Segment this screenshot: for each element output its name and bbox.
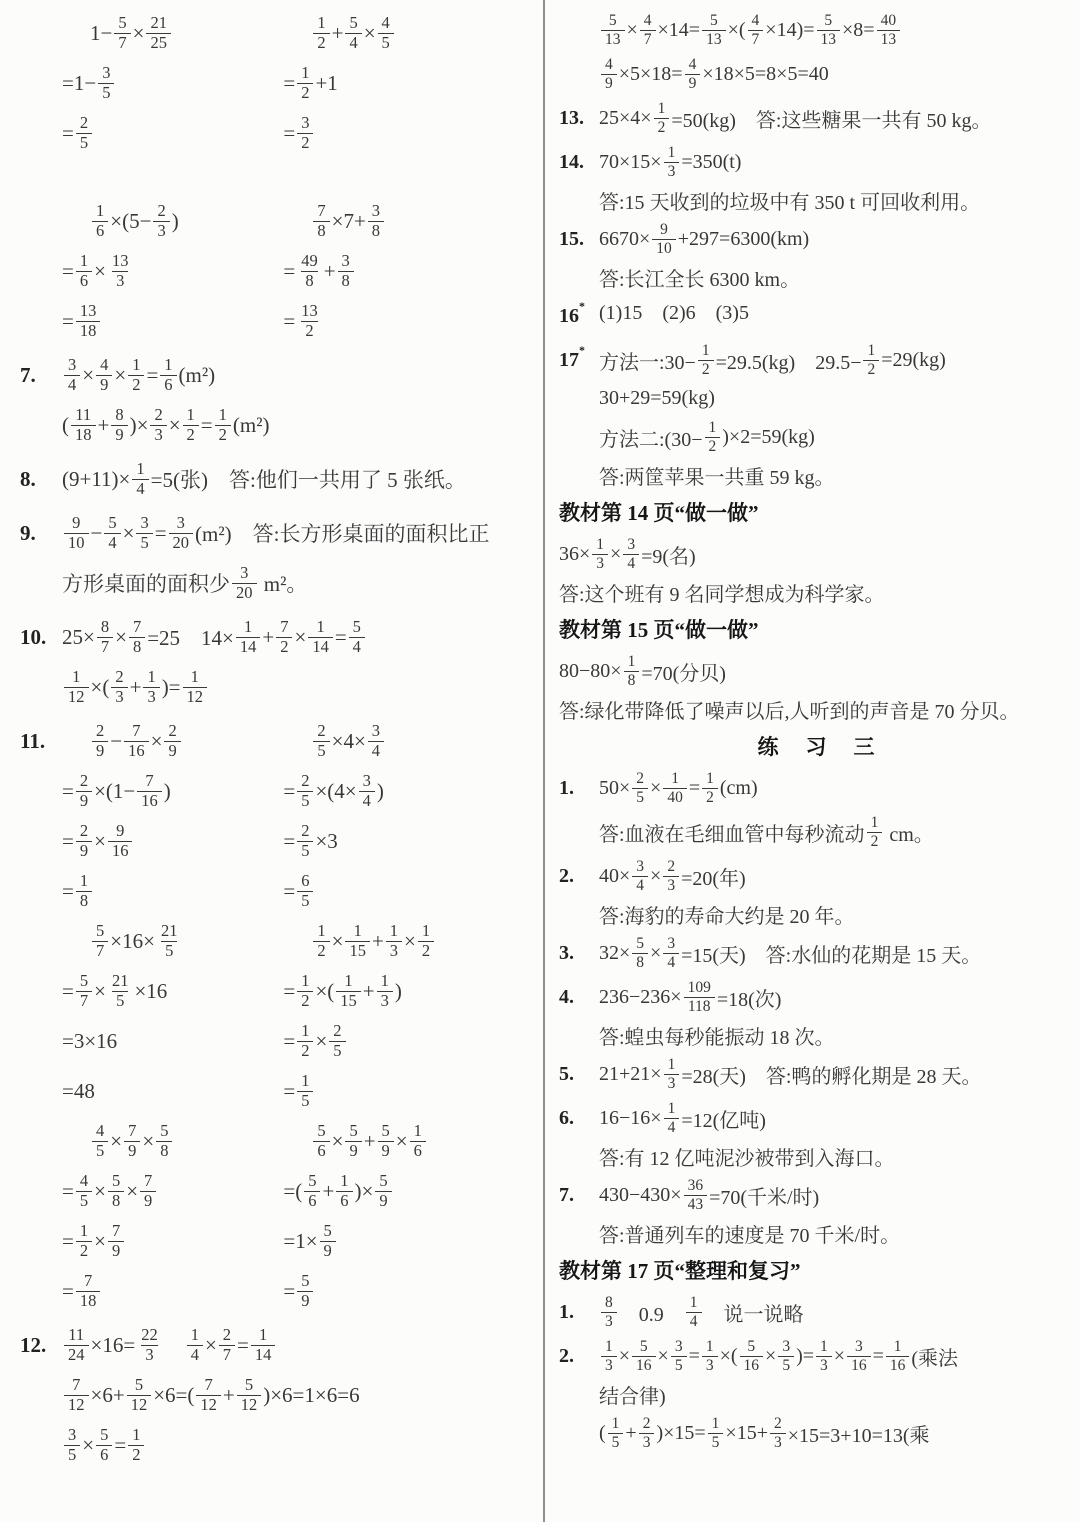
- problem-number: 11.: [20, 716, 62, 766]
- problem-body: 70×15×13=350(t)答:15 天收到的垃圾中有 350 t 可回收利用…: [599, 140, 1076, 217]
- problem-body: 50×25×140=12(cm)答:血液在毛细血管中每秒流动12 cm。: [599, 766, 1076, 854]
- fraction: 29: [92, 722, 108, 760]
- fraction: 13: [377, 972, 393, 1010]
- denominator: 14: [236, 637, 261, 656]
- denominator: 3: [143, 687, 159, 706]
- fraction: 12: [297, 972, 313, 1010]
- denominator: 2: [702, 788, 718, 806]
- math-line: =18: [62, 866, 283, 916]
- fraction: 12: [863, 342, 879, 378]
- math-text: =70(分贝): [641, 657, 726, 686]
- numerator: 4: [378, 14, 394, 32]
- fraction: 47: [748, 12, 764, 48]
- math-line: 45×79×58: [62, 1116, 283, 1166]
- fraction: 133: [108, 252, 133, 290]
- numerator: 4: [685, 56, 701, 73]
- denominator: 5: [632, 788, 648, 806]
- problem-number: 9.: [20, 508, 62, 558]
- denominator: 13: [601, 30, 625, 48]
- math-text: ×7+: [332, 209, 366, 234]
- denominator: 3: [150, 425, 166, 444]
- math-line: 答:绿化带降低了噪声以后,人听到的声音是 70 分贝。: [559, 693, 1076, 726]
- denominator: 8: [632, 953, 648, 971]
- numerator: 7: [141, 772, 157, 790]
- denominator: 2: [863, 360, 879, 378]
- fraction: 14: [132, 460, 148, 498]
- math-line: =12×(115+13): [283, 966, 533, 1016]
- fraction: 320: [232, 564, 257, 602]
- numerator: 49: [297, 252, 322, 270]
- denominator: 2: [215, 425, 231, 444]
- fraction: 140: [663, 770, 687, 806]
- math-text: ): [377, 779, 384, 804]
- fraction: 12: [867, 814, 883, 850]
- math-line: 答:长江全长 6300 km。: [599, 261, 1076, 294]
- denominator: 20: [232, 583, 257, 602]
- math-text: +: [372, 929, 384, 954]
- fraction: 12: [705, 419, 721, 455]
- denominator: 40: [663, 788, 687, 806]
- math-text: 方形桌面的面积少: [62, 568, 230, 598]
- problem-body: 34×49×12=16(m²)(1118+89)×23×12=12(m²): [62, 350, 533, 450]
- math-text: ×(5−: [110, 209, 151, 234]
- math-text: 6670×: [599, 228, 650, 251]
- fraction: 57: [92, 922, 108, 960]
- problem-body: 13×516×35=13×(516×35)=13×316=116(乘法结合律)(…: [599, 1334, 1076, 1455]
- fraction: 910: [652, 221, 676, 257]
- problem-number: 10.: [20, 612, 62, 662]
- denominator: 16: [740, 1356, 764, 1374]
- problem-number: 2.: [559, 1334, 599, 1378]
- numerator: 2: [663, 858, 679, 875]
- math-line: =48: [62, 1066, 283, 1116]
- math-line: 236−236×109118=18(次): [599, 975, 1076, 1019]
- denominator: 4: [368, 741, 384, 760]
- numerator: 3: [359, 772, 375, 790]
- math-text: 说一说略: [704, 1298, 804, 1327]
- math-text: =20(年): [681, 862, 746, 891]
- fraction: 513: [601, 12, 625, 48]
- fraction: 4013: [877, 12, 901, 48]
- denominator: 6: [76, 271, 92, 290]
- math-text: =29.5(kg) 29.5−: [716, 346, 862, 375]
- math-line: 答:血液在毛细血管中每秒流动12 cm。: [599, 810, 1076, 854]
- denominator: 5: [608, 1433, 624, 1451]
- fraction: 112: [64, 668, 89, 706]
- denominator: 18: [76, 1291, 101, 1310]
- denominator: 4: [104, 533, 120, 552]
- math-text: ): [395, 979, 402, 1004]
- math-line: 结合律): [599, 1378, 1076, 1411]
- math-line: =32: [283, 108, 533, 158]
- denominator: 3: [664, 1074, 680, 1092]
- math-text: =: [283, 259, 295, 284]
- fraction: 223: [137, 1326, 162, 1364]
- fraction: 35: [98, 64, 114, 102]
- numerator: 1: [92, 202, 108, 220]
- section-heading: 教材第 15 页“做一做”: [559, 609, 1076, 649]
- fraction: 34: [368, 722, 384, 760]
- denominator: 7: [114, 33, 130, 52]
- fraction: 13: [386, 922, 402, 960]
- fraction: 712: [196, 1376, 221, 1414]
- denominator: 12: [183, 687, 208, 706]
- fraction: 114: [236, 618, 261, 656]
- math-line: 80−80×18=70(分贝): [559, 649, 1076, 693]
- fraction: 12: [654, 100, 670, 136]
- numerator: 2: [164, 722, 180, 740]
- fraction: 23: [111, 668, 127, 706]
- math-line: =65: [283, 866, 533, 916]
- fraction: 59: [297, 1272, 313, 1310]
- fraction: 3643: [684, 1177, 708, 1213]
- numerator: 2: [76, 772, 92, 790]
- fraction: 12: [128, 356, 144, 394]
- numerator: 4: [640, 12, 656, 29]
- fraction: 65: [297, 872, 313, 910]
- work-column: 45×79×58=45×58×79=12×79=718: [62, 1116, 283, 1316]
- math-text: 13.: [559, 107, 584, 130]
- fraction: 35: [136, 514, 152, 552]
- fraction: 18: [624, 653, 640, 689]
- math-text: 结合律): [599, 1380, 666, 1409]
- fraction: 16: [76, 252, 92, 290]
- denominator: 5: [671, 1356, 687, 1374]
- math-line: 方法一:30−12=29.5(kg) 29.5−12=29(kg): [599, 338, 1076, 382]
- work-block: 16×(5−23)=16×133=131878×7+38=498+38=132: [20, 196, 533, 346]
- numerator: 1: [160, 356, 176, 374]
- numerator: 2: [313, 722, 329, 740]
- numerator: 1: [708, 1415, 724, 1432]
- numerator: 2: [92, 722, 108, 740]
- problem-number: 16*: [559, 294, 599, 338]
- math-text: =: [237, 1333, 249, 1358]
- math-text: ×: [205, 1333, 217, 1358]
- numerator: 5: [104, 514, 120, 532]
- numerator: 1: [187, 668, 203, 686]
- math-text: 11.: [20, 729, 45, 754]
- numerator: 1: [592, 536, 608, 553]
- denominator: 4: [132, 479, 148, 498]
- fraction: 59: [320, 1222, 336, 1260]
- math-text: =: [62, 829, 74, 854]
- math-line: 答:15 天收到的垃圾中有 350 t 可回收利用。: [599, 184, 1076, 217]
- math-text: 答:蝗虫每秒能振动 18 次。: [599, 1021, 835, 1050]
- fraction: 79: [140, 1172, 156, 1210]
- fraction: 58: [632, 935, 648, 971]
- denominator: 2: [128, 375, 144, 394]
- numerator: 2: [297, 772, 313, 790]
- math-text: ×: [765, 1345, 776, 1368]
- numerator: 2: [632, 770, 648, 787]
- numerator: 2: [153, 202, 169, 220]
- math-text: 9.: [20, 521, 36, 546]
- math-text: 答:绿化带降低了噪声以后,人听到的声音是 70 分贝。: [559, 695, 1020, 724]
- problem-number: 3.: [559, 931, 599, 975]
- math-text: =48: [62, 1079, 95, 1104]
- plain-block: 513×47×14=513×(47×14)=513×8=401349×5×18=…: [559, 8, 1076, 96]
- problem-item: 1.50×25×140=12(cm)答:血液在毛细血管中每秒流动12 cm。: [559, 766, 1076, 854]
- numerator: 1: [297, 972, 313, 990]
- math-text: =: [114, 1433, 126, 1458]
- denominator: 12: [127, 1395, 152, 1414]
- work-column: 57×16×215=57×215×16=3×16=48: [62, 916, 283, 1116]
- math-text: ×: [364, 21, 376, 46]
- fraction: 320: [169, 514, 194, 552]
- denominator: 3: [601, 1356, 617, 1374]
- math-text: =: [62, 1279, 74, 1304]
- numerator: 3: [632, 858, 648, 875]
- numerator: 5: [743, 1338, 759, 1355]
- math-text: 50×: [599, 777, 630, 800]
- numerator: 1: [890, 1338, 906, 1355]
- denominator: 5: [76, 133, 92, 152]
- math-text: =(: [283, 1179, 302, 1204]
- fraction: 112: [183, 668, 208, 706]
- fraction: 16: [410, 1122, 426, 1160]
- math-text: =70(千米/时): [709, 1181, 819, 1210]
- numerator: 1: [132, 460, 148, 478]
- numerator: 8: [601, 1294, 617, 1311]
- denominator: 6: [304, 1191, 320, 1210]
- math-line: (15+23)×15=15×15+23×15=3+10=13(乘: [599, 1411, 1076, 1455]
- problem-number: 8.: [20, 454, 62, 504]
- numerator: 6: [297, 872, 313, 890]
- problem-item: 15.6670×910+297=6300(km)答:长江全长 6300 km。: [559, 217, 1076, 294]
- math-text: 21+21×: [599, 1063, 662, 1086]
- math-text: =: [155, 521, 167, 546]
- math-line: 910−54×35=320(m²) 答:长方形桌面的面积比正: [62, 508, 533, 558]
- numerator: 1: [336, 1172, 352, 1190]
- numerator: 1: [705, 419, 721, 436]
- problem-number: 13.: [559, 96, 599, 140]
- math-text: ×6=(: [153, 1383, 194, 1408]
- fraction: 12: [183, 406, 199, 444]
- math-text: )=: [796, 1345, 814, 1368]
- problem-number: 14.: [559, 140, 599, 184]
- numerator: 1: [240, 618, 256, 636]
- denominator: 16: [137, 791, 162, 810]
- math-text: ): [164, 779, 171, 804]
- work-column: 25×4×34=25×(4×34)=25×3=65: [283, 716, 533, 916]
- numerator: 1: [686, 1294, 702, 1311]
- denominator: 5: [112, 991, 128, 1010]
- fraction: 215: [108, 972, 133, 1010]
- math-text: ×: [650, 777, 661, 800]
- denominator: 9: [164, 741, 180, 760]
- math-text: ×: [94, 829, 106, 854]
- numerator: 2: [297, 822, 313, 840]
- denominator: 2: [867, 832, 883, 850]
- math-text: ): [172, 209, 179, 234]
- math-line: =45×58×79: [62, 1166, 283, 1216]
- denominator: 12: [64, 687, 89, 706]
- denominator: 5: [778, 1356, 794, 1374]
- numerator: 1: [128, 1426, 144, 1444]
- math-text: 1−: [90, 21, 112, 46]
- problem-body: 430−430×3643=70(千米/时)答:普通列车的速度是 70 千米/时。: [599, 1173, 1076, 1250]
- numerator: 1: [608, 1415, 624, 1432]
- math-text: 70×15×: [599, 151, 662, 174]
- math-text: cm。: [884, 818, 933, 847]
- math-line: (9+11)×14=5(张) 答:他们一共用了 5 张纸。: [62, 454, 533, 504]
- numerator: 5: [96, 1426, 112, 1444]
- fraction: 34: [632, 858, 648, 894]
- math-text: 6.: [559, 1107, 574, 1130]
- math-text: =9(名): [641, 540, 696, 569]
- fraction: 34: [64, 356, 80, 394]
- problem-item: 17*方法一:30−12=29.5(kg) 29.5−12=29(kg)30+2…: [559, 338, 1076, 492]
- denominator: 9: [124, 1141, 140, 1160]
- problem-body: 910−54×35=320(m²) 答:长方形桌面的面积比正方形桌面的面积少32…: [62, 508, 533, 608]
- problem-body: 方法一:30−12=29.5(kg) 29.5−12=29(kg)30+29=5…: [599, 338, 1076, 492]
- fraction: 12: [297, 64, 313, 102]
- fraction: 45: [92, 1122, 108, 1160]
- problem-body: 236−236×109118=18(次)答:蝗虫每秒能振动 18 次。: [599, 975, 1076, 1052]
- denominator: 2: [76, 1241, 92, 1260]
- math-text: 7.: [20, 363, 36, 388]
- fraction: 32: [297, 114, 313, 152]
- math-line: =1318: [62, 296, 283, 346]
- math-text: =: [146, 363, 158, 388]
- math-line: =12×25: [283, 1016, 533, 1066]
- numerator: 1: [128, 356, 144, 374]
- math-line: =498+38: [283, 246, 533, 296]
- fraction: 34: [623, 536, 639, 572]
- numerator: 7: [129, 618, 145, 636]
- math-text: ×: [94, 979, 106, 1004]
- math-text: 7.: [559, 1184, 574, 1207]
- math-text: (m²): [179, 363, 216, 388]
- math-line: =132: [283, 296, 533, 346]
- denominator: 3: [702, 1356, 718, 1374]
- numerator: 21: [157, 922, 182, 940]
- fraction: 910: [64, 514, 89, 552]
- math-text: =25 14×: [147, 622, 234, 652]
- math-text: ×8=: [842, 19, 875, 42]
- numerator: 1: [313, 922, 329, 940]
- math-line: =59: [283, 1266, 533, 1316]
- work-pair: 57×16×215=57×215×16=3×16=4812×115+13×12=…: [62, 916, 533, 1116]
- denominator: 3: [386, 941, 402, 960]
- math-text: =: [62, 779, 74, 804]
- denominator: 3: [770, 1433, 786, 1451]
- numerator: 1: [313, 14, 329, 32]
- problem-body: 29−716×29=29×(1−716)=29×916=1825×4×34=25…: [62, 716, 533, 1316]
- denominator: 7: [97, 637, 113, 656]
- denominator: 2: [654, 118, 670, 136]
- denominator: 4: [686, 1312, 702, 1330]
- numerator: 9: [68, 514, 84, 532]
- denominator: 2: [301, 321, 317, 340]
- denominator: 15: [345, 941, 370, 960]
- fraction: 38: [338, 252, 354, 290]
- section-heading: 练 习 三: [559, 726, 1076, 766]
- work-column: 56×59+59×16=(56+16)×59=1×59=59: [283, 1116, 533, 1316]
- denominator: 8: [368, 221, 384, 240]
- math-text: 32×: [599, 942, 630, 965]
- numerator: 1: [350, 922, 366, 940]
- math-line: 32×58×34=15(天) 答:水仙的花期是 15 天。: [599, 931, 1076, 975]
- math-text: ×(: [720, 1345, 738, 1368]
- denominator: 16: [108, 841, 133, 860]
- math-text: =: [283, 71, 295, 96]
- math-text: (: [62, 413, 69, 438]
- denominator: 2: [418, 941, 434, 960]
- math-text: =: [62, 121, 74, 146]
- numerator: 4: [748, 12, 764, 29]
- fraction: 215: [157, 922, 182, 960]
- numerator: 5: [108, 1172, 124, 1190]
- math-text: =: [283, 121, 295, 146]
- math-line: 1124×16=223 14×27=114: [62, 1320, 533, 1370]
- math-text: 答:这个班有 9 名同学想成为科学家。: [559, 578, 885, 607]
- heading-text: 练 习 三: [758, 731, 878, 761]
- fraction: 716: [124, 722, 149, 760]
- denominator: 3: [592, 554, 608, 572]
- numerator: 5: [345, 1122, 361, 1140]
- problem-number: 1.: [559, 1290, 599, 1334]
- numerator: 3: [64, 356, 80, 374]
- numerator: 1: [601, 1338, 617, 1355]
- math-text: ×15=3+10=13(乘: [788, 1419, 930, 1448]
- denominator: 9: [92, 741, 108, 760]
- math-text: =: [283, 1029, 295, 1054]
- math-line: 21+21×13=28(天) 答:鸭的孵化期是 28 天。: [599, 1052, 1076, 1096]
- denominator: 5: [297, 841, 313, 860]
- denominator: 9: [76, 841, 92, 860]
- math-line: 6670×910+297=6300(km): [599, 217, 1076, 261]
- denominator: 13: [877, 30, 901, 48]
- math-line: 70×15×13=350(t): [599, 140, 1076, 184]
- math-text: =29(kg): [881, 349, 946, 372]
- left-column: 1−57×2125=1−35=2512+54×45=12+1=3216×(5−2…: [0, 0, 545, 1522]
- fraction: 1118: [71, 406, 96, 444]
- math-text: 3.: [559, 942, 574, 965]
- denominator: 2: [297, 991, 313, 1010]
- math-line: 36×13×34=9(名): [559, 532, 1076, 576]
- math-text: 答:长江全长 6300 km。: [599, 263, 800, 292]
- math-text: =: [283, 829, 295, 854]
- math-text: (乘法: [911, 1342, 958, 1371]
- math-text: 40×: [599, 865, 630, 888]
- work-block: 1−57×2125=1−35=2512+54×45=12+1=32: [20, 8, 533, 158]
- denominator: 14: [308, 637, 333, 656]
- denominator: 16: [124, 741, 149, 760]
- math-text: =18(次): [717, 983, 782, 1012]
- fraction: 12: [313, 922, 329, 960]
- problem-body: 40×34×23=20(年)答:海豹的寿命大约是 20 年。: [599, 854, 1076, 931]
- numerator: 9: [112, 822, 128, 840]
- problem-item: 10.25×87×78=25 14×114+72×114=54112×(23+1…: [20, 612, 533, 712]
- fraction: 12: [76, 1222, 92, 1260]
- fraction: 35: [671, 1338, 687, 1374]
- denominator: 7: [76, 991, 92, 1010]
- numerator: 1: [664, 1100, 680, 1117]
- numerator: 3: [297, 114, 313, 132]
- denominator: 3: [663, 876, 679, 894]
- denominator: 14: [251, 1345, 276, 1364]
- math-line: =15: [283, 1066, 533, 1116]
- math-line: 答:海豹的寿命大约是 20 年。: [599, 898, 1076, 931]
- problem-item: 13.25×4×12=50(kg) 答:这些糖果一共有 50 kg。: [559, 96, 1076, 140]
- math-text: =: [283, 309, 295, 334]
- fraction: 54: [345, 14, 361, 52]
- fraction: 15: [708, 1415, 724, 1451]
- problem-item: 7.34×49×12=16(m²)(1118+89)×23×12=12(m²): [20, 350, 533, 450]
- numerator: 5: [131, 1376, 147, 1394]
- math-text: ×: [627, 19, 638, 42]
